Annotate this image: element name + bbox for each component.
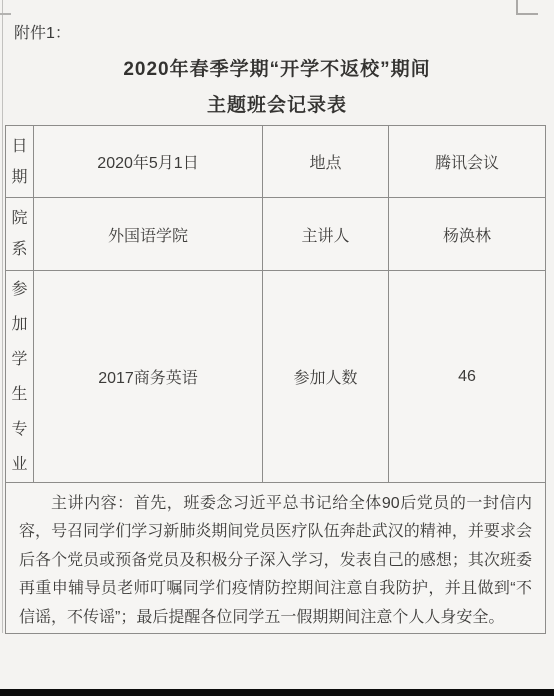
document-title: 2020年春季学期“开学不返校”期间 主题班会记录表	[0, 52, 554, 124]
content-cell: 主讲内容：首先，班委念习近平总书记给全体90后党员的一封信内容，号召同学们学习新…	[6, 483, 546, 634]
bottom-black-bar	[0, 689, 554, 696]
cell-department-value: 外国语学院	[34, 198, 263, 271]
margin-corner-mark-top-left	[0, 13, 11, 15]
table-row-content: 主讲内容：首先，班委念习近平总书记给全体90后党员的一封信内容，号召同学们学习新…	[6, 483, 546, 634]
table-row-date: 日期 2020年5月1日 地点 腾讯会议	[6, 126, 546, 198]
lecture-content-paragraph: 主讲内容：首先，班委念习近平总书记给全体90后党员的一封信内容，号召同学们学习新…	[19, 490, 532, 633]
cell-attendance-value: 46	[389, 271, 546, 483]
meeting-record-table: 日期 2020年5月1日 地点 腾讯会议 院系 外国语学院 主讲人 杨涣林 参加…	[5, 125, 546, 634]
document-page: 附件1： 2020年春季学期“开学不返校”期间 主题班会记录表 日期 2020年…	[0, 0, 554, 696]
table-row-major: 参加学生专业 2017商务英语 参加人数 46	[6, 271, 546, 483]
cell-speaker-value: 杨涣林	[389, 198, 546, 271]
row-header-major: 参加学生专业	[6, 271, 34, 483]
document-title-line2: 主题班会记录表	[0, 88, 554, 124]
cell-location-label: 地点	[263, 126, 389, 198]
cell-location-value: 腾讯会议	[389, 126, 546, 198]
attachment-label: 附件1：	[14, 20, 71, 43]
cell-speaker-label: 主讲人	[263, 198, 389, 271]
cell-date-value: 2020年5月1日	[34, 126, 263, 198]
margin-corner-mark-top-right	[516, 0, 538, 15]
document-title-line1: 2020年春季学期“开学不返校”期间	[0, 52, 554, 88]
cell-attendance-label: 参加人数	[263, 271, 389, 483]
cell-major-value: 2017商务英语	[34, 271, 263, 483]
table-row-department: 院系 外国语学院 主讲人 杨涣林	[6, 198, 546, 271]
row-header-date: 日期	[6, 126, 34, 198]
row-header-department: 院系	[6, 198, 34, 271]
